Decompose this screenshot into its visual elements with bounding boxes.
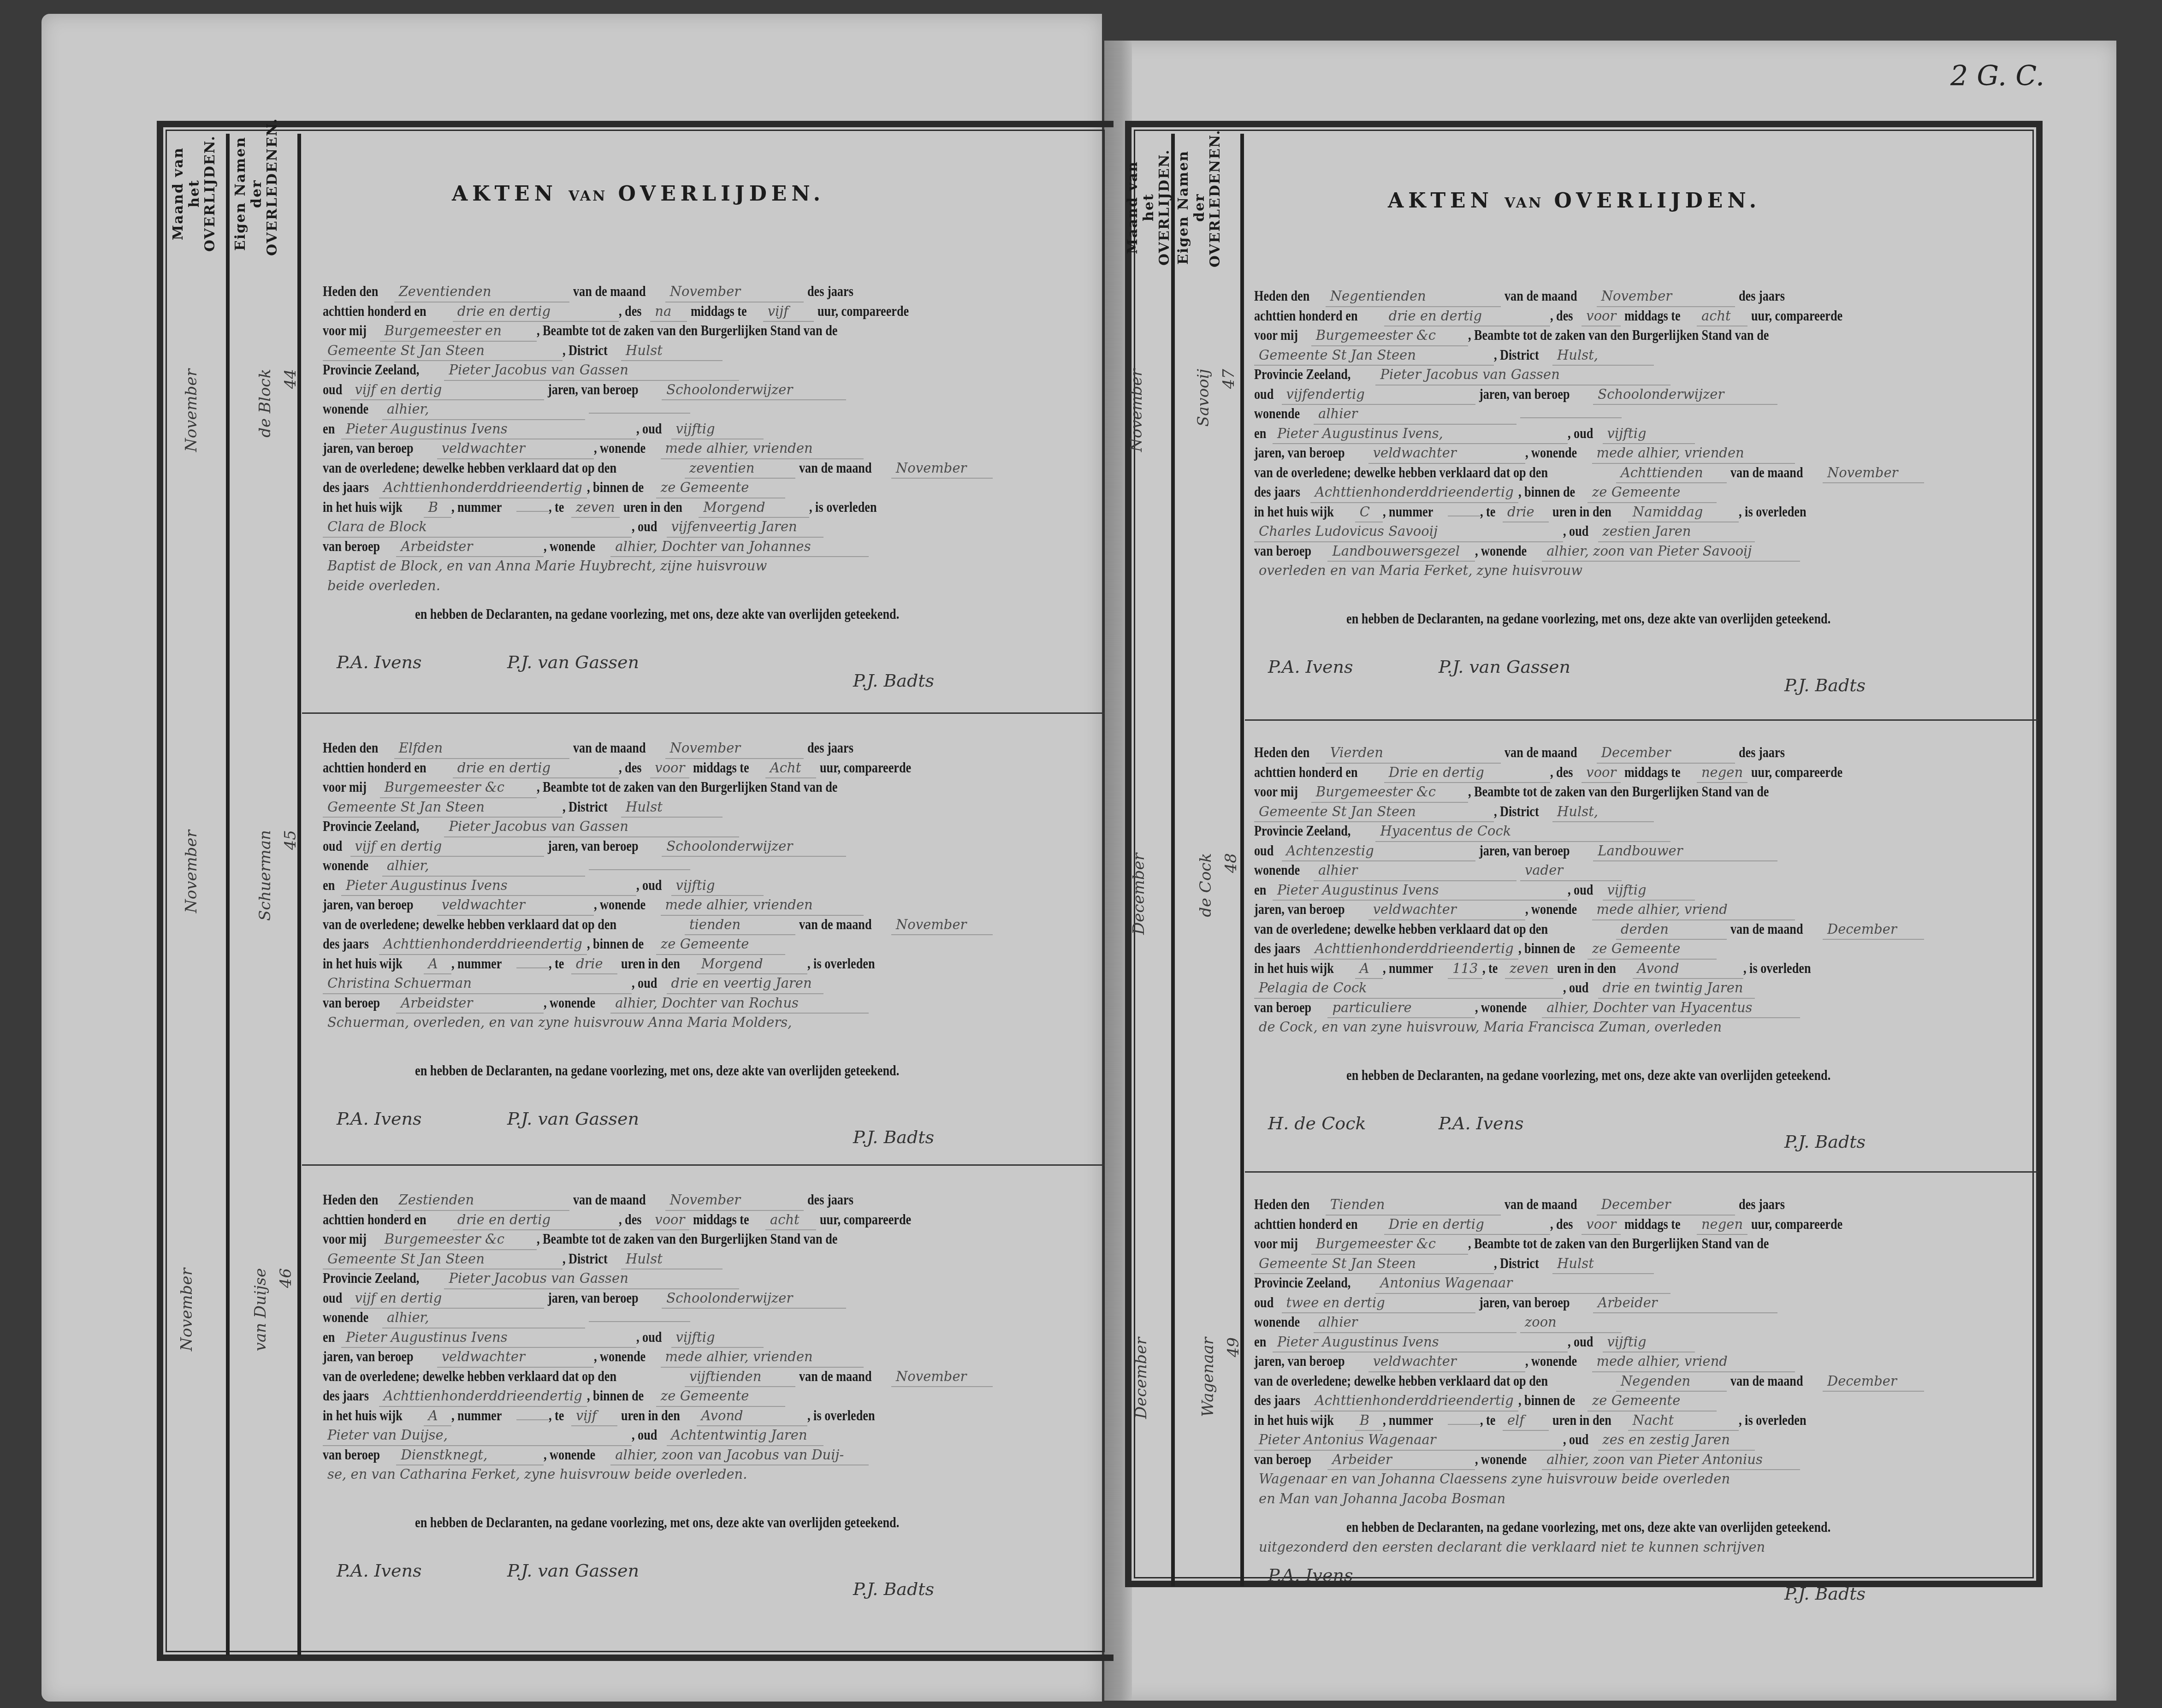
printed-text: , binnen de	[587, 1386, 644, 1406]
handwritten-declarant1-residence: alhier,	[382, 1308, 585, 1328]
printed-text: van de maand	[1505, 742, 1577, 762]
printed-text: van de overledene; dewelke hebben verkla…	[1254, 919, 1548, 939]
printed-text: en	[1254, 1332, 1266, 1352]
printed-text: middags te	[693, 1210, 749, 1229]
printed-text: en hebben de Declaranten, na gedane voor…	[1346, 609, 1830, 629]
margin-number: 45	[281, 830, 300, 850]
printed-text: , oud	[636, 875, 662, 895]
printed-text: , te	[549, 954, 564, 973]
handwritten-death-hour: elf	[1503, 1411, 1549, 1431]
handwritten-month: December	[1597, 1195, 1735, 1216]
printed-text: , Beambte tot de zaken van den Burgerlij…	[1468, 1234, 1769, 1253]
printed-text: , is overleden	[807, 954, 875, 973]
printed-text: oud	[1254, 384, 1274, 404]
printed-text: , is overleden	[807, 1406, 875, 1425]
handwritten-binnen: ze Gemeente	[656, 1386, 785, 1407]
handwritten-year-words: drie en dertig	[453, 302, 619, 322]
handwritten-declarant1-job: Arbeider	[1593, 1293, 1777, 1314]
printed-text: voor mij	[323, 1229, 367, 1249]
handwritten-declarant2-job: veldwachter	[1368, 443, 1525, 464]
folio-mark: 2 G. C.	[1950, 60, 2044, 92]
handwritten-death-month: November	[891, 915, 993, 936]
printed-text: achttien honderd en	[1254, 762, 1358, 782]
printed-text: , des	[619, 1210, 642, 1229]
handwritten-hour: vijf	[763, 302, 814, 322]
handwritten-declarant2-job: veldwachter	[1368, 900, 1525, 920]
handwritten-declarant1-age: vijf en dertig	[350, 1288, 544, 1309]
printed-text: Heden den	[323, 738, 378, 758]
printed-text: en hebben de Declaranten, na gedane voor…	[1346, 1065, 1830, 1085]
handwritten-death-day: Negenden	[1616, 1371, 1727, 1392]
handwritten-deceased-residence: alhier, Dochter van Rochus	[610, 993, 869, 1014]
handwritten-deceased-age: Achtentwintig Jaren	[667, 1425, 823, 1446]
handwritten-deceased-residence: alhier, zoon van Jacobus van Duij-	[610, 1445, 869, 1466]
handwritten-wijk: B	[1355, 1411, 1383, 1431]
printed-text: van de maand	[1730, 1371, 1803, 1391]
printed-text: wonende	[1254, 403, 1300, 423]
printed-text: en hebben de Declaranten, na gedane voor…	[415, 1061, 899, 1080]
death-record-5: Heden den Vierden van de maand December …	[1254, 742, 1937, 1164]
printed-text: oud	[323, 836, 342, 856]
handwritten-deceased-age: drie en twintig Jaren	[1598, 978, 1755, 999]
handwritten-parents-1: Baptist de Block, en van Anna Marie Huyb…	[323, 556, 885, 576]
printed-text: voor mij	[323, 777, 367, 797]
printed-text: en hebben de Declaranten, na gedane voor…	[415, 1512, 899, 1532]
handwritten-binnen: ze Gemeente	[1587, 1391, 1717, 1411]
margin-name: Savooij	[1194, 369, 1213, 427]
printed-text: wonende	[323, 1307, 368, 1327]
printed-text: , des	[1550, 306, 1573, 326]
handwritten-hour: Acht	[765, 758, 816, 779]
handwritten-declarant1-age: vijf en dertig	[350, 836, 544, 857]
signature: P.J. van Gassen	[507, 1109, 639, 1129]
printed-text: Provincie Zeeland,	[323, 360, 419, 380]
handwritten-official: Burgemeester &c	[1311, 1234, 1468, 1255]
printed-text: , District	[563, 340, 608, 360]
printed-text: uur, compareerde	[1751, 1214, 1842, 1234]
printed-text: , Beambte tot de zaken van den Burgerlij…	[1468, 782, 1769, 801]
handwritten-district: Hulst,	[1552, 802, 1654, 823]
signatures: H. de Cock P.A. Ivens P.J. Badts	[1254, 1104, 1937, 1164]
handwritten-declarant2-residence: mede alhier, vrienden	[1592, 443, 1795, 464]
printed-text: voor mij	[1254, 1234, 1298, 1253]
signature: P.J. van Gassen	[1439, 657, 1570, 677]
printed-text: Provincie Zeeland,	[1254, 1273, 1351, 1293]
printed-text: jaren, van beroep	[323, 1346, 414, 1366]
printed-text: achttien honderd en	[1254, 1214, 1358, 1234]
printed-text: jaren, van beroep	[1254, 1351, 1345, 1371]
handwritten-declarant2-job: veldwachter	[437, 1347, 594, 1368]
printed-text: van de maand	[799, 914, 871, 934]
printed-text: jaren, van beroep	[1254, 443, 1345, 463]
handwritten-wijk: C	[1355, 502, 1383, 523]
printed-text: middags te	[1624, 1214, 1681, 1234]
page-title: AKTENVANOVERLIJDEN.	[452, 182, 825, 206]
handwritten-district: Hulst	[621, 341, 723, 362]
handwritten-deceased-age: drie en veertig Jaren	[667, 973, 823, 994]
signatures: P.A. Ivens P.J. van Gassen P.J. Badts	[323, 643, 1006, 703]
signature: P.J. van Gassen	[507, 1561, 639, 1581]
printed-text: achttien honderd en	[323, 758, 426, 777]
printed-text: wonende	[1254, 860, 1300, 880]
printed-text: , nummer	[451, 954, 502, 973]
handwritten-deceased-residence: alhier, Dochter van Hyacentus	[1542, 998, 1800, 1019]
handwritten-declarant2: Pieter Augustinus Ivens	[341, 419, 636, 440]
handwritten-death-month: November	[891, 458, 993, 479]
act-separator	[1245, 719, 2038, 721]
handwritten-daypart: Namiddag	[1628, 502, 1739, 523]
handwritten-ampm: na	[650, 302, 687, 322]
handwritten-death-year: Achttienhonderddrieendertig	[379, 478, 587, 498]
handwritten-district: Hulst	[1552, 1254, 1654, 1275]
printed-text: , District	[563, 797, 608, 817]
printed-text: Heden den	[1254, 286, 1309, 306]
printed-text: achttien honderd en	[1254, 306, 1358, 326]
handwritten-declarant2-job: veldwachter	[1368, 1352, 1525, 1372]
handwritten-declarant1-residence: alhier	[1314, 404, 1516, 425]
death-record-4: Heden den Negentienden van de maand Nove…	[1254, 286, 1937, 708]
printed-text: uren in den	[1552, 502, 1611, 522]
handwritten-deceased: Pieter van Duijse,	[323, 1425, 632, 1446]
handwritten-declarant1-relation	[589, 869, 690, 870]
margin-month: November	[182, 830, 201, 913]
printed-text: , oud	[1563, 1429, 1588, 1449]
column-divider	[1240, 134, 1244, 1586]
handwritten-death-year: Achttienhonderddrieendertig	[1310, 482, 1518, 503]
handwritten-parents-2: en Man van Johanna Jacoba Bosman	[1254, 1489, 1540, 1509]
printed-text: oud	[323, 1288, 342, 1308]
printed-text: des jaars	[323, 477, 369, 497]
printed-text: , te	[549, 1406, 564, 1425]
handwritten-declarant1-relation	[1520, 417, 1622, 418]
handwritten-month: November	[665, 282, 804, 302]
handwritten-gemeente: Gemeente St Jan Steen	[323, 341, 563, 362]
handwritten-declarant1-relation: zoon	[1520, 1312, 1622, 1333]
printed-text: in het huis wijk	[1254, 1410, 1334, 1430]
handwritten-district: Hulst,	[1552, 345, 1654, 366]
printed-text: , wonende	[594, 1346, 646, 1366]
handwritten-death-month: December	[1823, 919, 1924, 940]
printed-text: uren in den	[1557, 958, 1616, 978]
death-record-2: Heden den Elfden van de maand November d…	[323, 738, 1006, 1160]
printed-text: , wonende	[594, 895, 646, 914]
handwritten-binnen: ze Gemeente	[656, 478, 785, 498]
printed-text: jaren, van beroep	[323, 438, 414, 458]
handwritten-month: November	[1597, 286, 1735, 307]
handwritten-death-month: November	[891, 1367, 993, 1388]
printed-text: uren in den	[621, 1406, 680, 1425]
handwritten-death-day: tienden	[685, 915, 795, 936]
printed-text: en	[323, 419, 335, 439]
act-separator	[302, 1164, 1104, 1166]
printed-text: uren in den	[623, 497, 682, 517]
printed-text: van beroep	[323, 536, 380, 556]
handwritten-gemeente: Gemeente St Jan Steen	[323, 1249, 563, 1270]
printed-text: , nummer	[451, 497, 502, 517]
handwritten-death-year: Achttienhonderddrieendertig	[379, 934, 587, 955]
printed-text: , wonende	[1525, 899, 1577, 919]
signature: P.A. Ivens	[337, 652, 422, 672]
handwritten-deceased-job: Arbeider	[1327, 1450, 1475, 1471]
margin-name: de Block	[256, 369, 274, 438]
handwritten-wijk: A	[424, 1406, 451, 1427]
handwritten-declarant1: Pieter Jacobus van Gassen	[1375, 365, 1670, 385]
handwritten-deceased-job: Landbouwersgezel	[1327, 541, 1475, 562]
header-names-of-deceased: Eigen NamenderOVERLEDENEN.	[233, 131, 293, 256]
printed-text: en	[1254, 423, 1266, 443]
handwritten-death-day: zeventien	[685, 458, 795, 479]
printed-text: middags te	[1624, 762, 1681, 782]
handwritten-deceased: Charles Ludovicus Savooij	[1254, 522, 1563, 542]
handwritten-deceased: Pieter Antonius Wagenaar	[1254, 1430, 1563, 1451]
handwritten-declarant1-relation	[589, 1321, 690, 1322]
printed-text: des jaars	[1739, 1194, 1785, 1214]
handwritten-parents-1: overleden en van Maria Ferket, zyne huis…	[1254, 561, 1817, 581]
printed-text: jaren, van beroep	[1479, 384, 1570, 404]
handwritten-official: Burgemeester &c	[1311, 326, 1468, 346]
handwritten-nummer	[1448, 516, 1480, 516]
printed-text: in het huis wijk	[1254, 958, 1334, 978]
handwritten-day: Vierden	[1326, 743, 1501, 764]
printed-text: van de maand	[573, 1190, 646, 1210]
printed-text: , nummer	[1383, 1410, 1433, 1430]
margin-name: de Cock	[1197, 853, 1215, 917]
printed-text: achttien honderd en	[323, 1210, 426, 1229]
signature: P.A. Ivens	[1268, 1566, 1353, 1585]
printed-text: van de maand	[1730, 919, 1803, 939]
printed-text: jaren, van beroep	[548, 1288, 639, 1308]
printed-text: Heden den	[323, 1190, 378, 1210]
printed-text: van de overledene; dewelke hebben verkla…	[323, 914, 616, 934]
handwritten-year-words: Drie en dertig	[1384, 763, 1550, 783]
handwritten-declarant2-age: vijftig	[1603, 880, 1695, 901]
handwritten-declarant1-relation: vader	[1520, 860, 1622, 881]
handwritten-declarant1-job: Schoolonderwijzer	[662, 1288, 846, 1309]
printed-text: des jaars	[1739, 742, 1785, 762]
printed-text: des jaars	[323, 1386, 369, 1406]
signature: P.J. Badts	[853, 1579, 934, 1599]
printed-text: des jaars	[807, 738, 853, 758]
printed-text: van de maand	[1730, 463, 1803, 482]
printed-text: , wonende	[1475, 997, 1527, 1017]
signature: P.J. Badts	[1784, 1132, 1866, 1152]
handwritten-declarant2: Pieter Augustinus Ivens,	[1273, 424, 1568, 445]
printed-text: , Beambte tot de zaken van den Burgerlij…	[537, 1229, 837, 1249]
column-divider	[1171, 134, 1175, 1586]
handwritten-daypart: Avond	[1633, 959, 1743, 979]
handwritten-year-words: drie en dertig	[1384, 306, 1550, 327]
printed-text: jaren, van beroep	[323, 895, 414, 914]
handwritten-day: Zestienden	[394, 1190, 569, 1211]
signature: P.J. Badts	[853, 671, 934, 691]
handwritten-ampm: voor	[650, 758, 689, 779]
printed-text: Provincie Zeeland,	[323, 1268, 419, 1288]
printed-text: , des	[619, 301, 642, 321]
printed-text: , nummer	[451, 1406, 502, 1425]
signatures: P.A. Ivens P.J. Badts	[1254, 1556, 1937, 1616]
handwritten-declarant1: Antonius Wagenaar	[1375, 1273, 1670, 1294]
handwritten-declarant2-age: vijftig	[1603, 1332, 1695, 1353]
printed-text: in het huis wijk	[1254, 502, 1334, 522]
printed-text: in het huis wijk	[323, 497, 403, 517]
printed-text: voor mij	[1254, 325, 1298, 345]
handwritten-parents-2: beide overleden.	[323, 576, 609, 596]
printed-text: van de maand	[1505, 1194, 1577, 1214]
handwritten-nummer	[516, 967, 549, 968]
handwritten-declarant2: Pieter Augustinus Ivens	[341, 1328, 636, 1348]
handwritten-death-month: November	[1823, 463, 1924, 484]
handwritten-death-hour: drie	[1503, 502, 1549, 523]
signature: P.J. Badts	[853, 1127, 934, 1147]
handwritten-declarant1: Pieter Jacobus van Gassen	[444, 360, 739, 381]
handwritten-declarant2-residence: mede alhier, vrienden	[661, 895, 864, 916]
printed-text: Provincie Zeeland,	[1254, 364, 1351, 384]
handwritten-declarant2: Pieter Augustinus Ivens	[1273, 1332, 1568, 1353]
handwritten-declarant2-age: vijftig	[1603, 424, 1695, 445]
printed-text: , District	[563, 1249, 608, 1269]
printed-text: , District	[1494, 345, 1539, 365]
handwritten-daypart: Avond	[697, 1406, 807, 1427]
printed-text: wonende	[1254, 1312, 1300, 1332]
printed-text: , des	[1550, 1214, 1573, 1234]
handwritten-district: Hulst	[621, 1249, 723, 1270]
printed-text: en hebben de Declaranten, na gedane voor…	[1346, 1517, 1830, 1537]
printed-text: , is overleden	[1739, 1410, 1806, 1430]
handwritten-ampm: voor	[1582, 306, 1621, 327]
handwritten-declarant1-job: Schoolonderwijzer	[662, 380, 846, 401]
printed-text: , te	[1480, 502, 1496, 522]
printed-text: jaren, van beroep	[1479, 1293, 1570, 1312]
handwritten-ampm: voor	[1582, 1215, 1621, 1235]
handwritten-month: December	[1597, 743, 1735, 764]
margin-month: November	[182, 369, 201, 452]
handwritten-ampm: voor	[1582, 763, 1621, 783]
handwritten-month: November	[665, 1190, 804, 1211]
handwritten-death-year: Achttienhonderddrieendertig	[1310, 939, 1518, 960]
printed-text: middags te	[691, 301, 747, 321]
column-divider	[226, 134, 230, 1655]
printed-text: uur, compareerde	[820, 1210, 911, 1229]
printed-text: , oud	[1568, 423, 1593, 443]
printed-text: wonende	[323, 399, 368, 419]
handwritten-day: Negentienden	[1326, 286, 1501, 307]
margin-month: December	[1130, 853, 1148, 935]
printed-text: wonende	[323, 855, 368, 875]
handwritten-nummer	[516, 511, 549, 512]
handwritten-deceased-job: Arbeidster	[396, 993, 544, 1014]
printed-text: , te	[1480, 1410, 1496, 1430]
handwritten-nummer	[516, 1419, 549, 1420]
printed-text: des jaars	[323, 934, 369, 954]
signature: P.A. Ivens	[1439, 1114, 1524, 1133]
printed-text: in het huis wijk	[323, 954, 403, 973]
handwritten-declarant1-job: Landbouwer	[1593, 841, 1777, 862]
printed-text: , des	[619, 758, 642, 777]
printed-text: jaren, van beroep	[1479, 841, 1570, 860]
handwritten-declarant2: Pieter Augustinus Ivens	[1273, 880, 1568, 901]
handwritten-hour: acht	[1697, 306, 1747, 327]
printed-text: Provincie Zeeland,	[323, 816, 419, 836]
printed-text: uur, compareerde	[820, 758, 911, 777]
printed-text: , is overleden	[809, 497, 877, 517]
printed-text: uur, compareerde	[817, 301, 909, 321]
handwritten-ampm: voor	[650, 1210, 689, 1231]
printed-text: Provincie Zeeland,	[1254, 821, 1351, 841]
handwritten-hour: acht	[765, 1210, 816, 1231]
handwritten-death-hour: zeven	[1505, 959, 1553, 979]
printed-text: , te	[549, 497, 564, 517]
handwritten-declarant1-age: Achtenzestig	[1282, 841, 1475, 862]
handwritten-deceased: Christina Schuerman	[323, 973, 632, 994]
printed-text: des jaars	[1739, 286, 1785, 306]
handwritten-declarant2-age: vijftig	[671, 876, 764, 896]
handwritten-binnen: ze Gemeente	[1587, 939, 1717, 960]
printed-text: van de maand	[799, 1366, 871, 1386]
handwritten-death-hour: zeven	[571, 498, 620, 518]
handwritten-nummer	[1448, 1424, 1480, 1425]
handwritten-declarant1-age: vijf en dertig	[350, 380, 544, 401]
handwritten-declarant1-residence: alhier,	[382, 399, 585, 420]
handwritten-declarant1-job: Schoolonderwijzer	[662, 836, 846, 857]
margin-name: Wagenaar	[1199, 1337, 1217, 1417]
handwritten-deceased-residence: alhier, zoon van Pieter Antonius	[1542, 1450, 1800, 1471]
printed-text: uren in den	[621, 954, 680, 973]
handwritten-declarant1-residence: alhier	[1314, 1312, 1516, 1333]
signature: P.A. Ivens	[337, 1109, 422, 1129]
printed-text: , oud	[632, 516, 657, 536]
margin-number: 48	[1222, 853, 1240, 873]
handwritten-deceased-residence: alhier, Dochter van Johannes	[610, 537, 869, 557]
printed-text: , des	[1550, 762, 1573, 782]
printed-text: , Beambte tot de zaken van den Burgerlij…	[537, 777, 837, 797]
margin-number: 46	[277, 1268, 295, 1288]
signature: H. de Cock	[1268, 1114, 1366, 1133]
handwritten-deceased-age: vijfenveertig Jaren	[667, 517, 823, 538]
printed-text: van de overledene; dewelke hebben verkla…	[323, 458, 616, 478]
handwritten-death-day: derden	[1616, 919, 1727, 940]
printed-text: des jaars	[1254, 482, 1300, 502]
printed-text: , wonende	[1475, 541, 1527, 561]
printed-text: , wonende	[1525, 1351, 1577, 1371]
handwritten-declarant2-job: veldwachter	[437, 895, 594, 916]
printed-text: , oud	[632, 1425, 657, 1445]
handwritten-declarant2: Pieter Augustinus Ivens	[341, 876, 636, 896]
printed-text: en	[1254, 880, 1266, 900]
handwritten-gemeente: Gemeente St Jan Steen	[1254, 1254, 1494, 1275]
handwritten-official: Burgemeester &c	[380, 1229, 537, 1250]
printed-text: oud	[1254, 841, 1274, 860]
handwritten-nummer: 113	[1448, 959, 1482, 979]
printed-text: Heden den	[323, 281, 378, 301]
margin-month: November	[1127, 369, 1146, 452]
printed-text: , nummer	[1383, 502, 1433, 522]
column-divider	[297, 134, 301, 1655]
handwritten-declarant1-residence: alhier	[1314, 860, 1516, 881]
handwritten-official: Burgemeester en	[380, 321, 537, 342]
handwritten-gemeente: Gemeente St Jan Steen	[1254, 802, 1494, 823]
printed-text: , wonende	[1475, 1449, 1527, 1469]
printed-text: van de overledene; dewelke hebben verkla…	[1254, 1371, 1548, 1391]
handwritten-district: Hulst	[621, 797, 723, 818]
handwritten-death-month: December	[1823, 1371, 1924, 1392]
printed-text: , wonende	[594, 438, 646, 458]
printed-text: jaren, van beroep	[548, 380, 639, 399]
handwritten-declarant2-residence: mede alhier, vriend	[1592, 900, 1795, 920]
handwritten-day: Tienden	[1326, 1195, 1501, 1216]
handwritten-deceased-job: Dienstknegt,	[396, 1445, 544, 1466]
handwritten-declarant2-job: veldwachter	[437, 439, 594, 459]
handwritten-official: Burgemeester &c	[1311, 782, 1468, 803]
